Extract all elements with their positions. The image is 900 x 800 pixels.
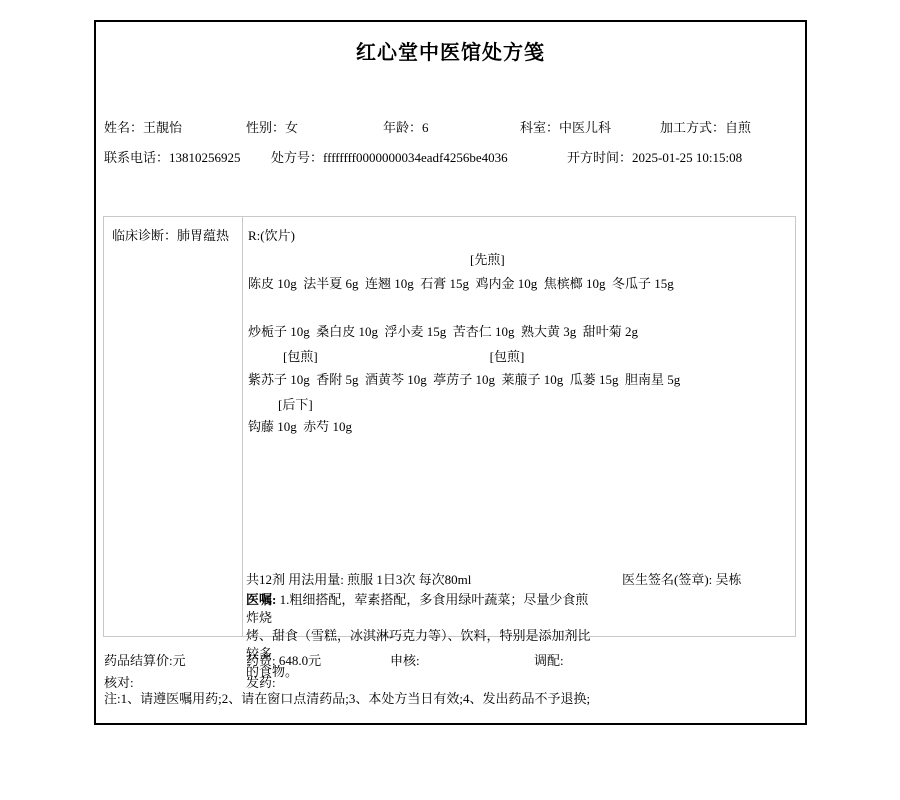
medicine-fee-value: 648.0元: [279, 653, 321, 668]
gender-label: 性别：: [246, 120, 285, 135]
rx-header: R:(饮片): [248, 228, 791, 244]
compounding-field: 调配:: [534, 653, 564, 669]
prescription-number-label: 处方号：: [271, 150, 323, 165]
processing-method-value: 自煎: [725, 120, 751, 135]
prescription-number-field: 处方号：ffffffff0000000034eadf4256be4036: [271, 150, 508, 166]
check-label: 核对:: [104, 675, 134, 690]
prescription-time-value: 2025-01-25 10:15:08: [632, 150, 742, 165]
tag-xianjian: [先煎]: [470, 252, 505, 268]
check-field: 核对:: [104, 675, 134, 691]
clinical-diagnosis-field: 临床诊断：肺胃蕴热: [112, 228, 229, 244]
medical-advice-label: 医嘱:: [246, 592, 276, 607]
age-value: 6: [422, 120, 429, 135]
doctor-signature: 医生签名(签章): 吴栋: [622, 572, 742, 588]
tag-houxia: [后下]: [278, 397, 313, 413]
medicine-fee-field: 药费: 648.0元: [246, 653, 321, 669]
department-value: 中医儿科: [559, 120, 611, 135]
prescription-form-border: 红心堂中医馆处方笺 姓名：王靚怡 性别：女 年龄：6 科室：中医儿科 加工方式：…: [94, 20, 807, 725]
processing-method-label: 加工方式：: [660, 120, 725, 135]
patient-name-value: 王靚怡: [143, 120, 182, 135]
medication-row-3: 紫苏子 10g 香附 5g 酒黄芩 10g 葶苈子 10g 莱菔子 10g 瓜蒌…: [248, 372, 791, 388]
patient-name-label: 姓名：: [104, 120, 143, 135]
page-title: 红心堂中医馆处方笺: [96, 36, 805, 65]
compounding-label: 调配:: [534, 653, 564, 668]
dosage-usage-line: 共12剂 用法用量: 煎服 1日3次 每次80ml: [246, 572, 471, 588]
review-label: 申核:: [390, 653, 420, 668]
phone-label: 联系电话：: [104, 150, 169, 165]
tag-baojian-2: [包煎]: [490, 349, 525, 365]
gender-field: 性别：女: [246, 120, 298, 136]
medication-row-2: 炒栀子 10g 桑白皮 10g 浮小麦 15g 苦杏仁 10g 熟大黄 3g 甜…: [248, 324, 791, 340]
decoction-tag-line-2: [包煎][包煎]: [248, 349, 791, 365]
phone-value: 13810256925: [169, 150, 241, 165]
review-field: 申核:: [390, 653, 420, 669]
processing-method-field: 加工方式：自煎: [660, 120, 751, 136]
prescription-body-box: 临床诊断：肺胃蕴热 R:(饮片) [先煎] 陈皮 10g 法半夏 6g 连翘 1…: [103, 216, 796, 637]
phone-field: 联系电话：13810256925: [104, 150, 241, 166]
medical-advice-line-1: 1.粗细搭配，荤素搭配，多食用绿叶蔬菜；尽量少食煎炸烧: [246, 592, 588, 625]
settlement-price-value: 元: [173, 653, 186, 668]
clinical-diagnosis-value: 肺胃蕴热: [177, 228, 229, 243]
settlement-price-label: 药品结算价:: [104, 653, 173, 668]
settlement-price-field: 药品结算价:元: [104, 653, 186, 669]
department-field: 科室：中医儿科: [520, 120, 611, 136]
medication-column: R:(饮片) [先煎] 陈皮 10g 法半夏 6g 连翘 10g 石膏 15g …: [242, 217, 795, 636]
department-label: 科室：: [520, 120, 559, 135]
prescription-time-label: 开方时间：: [567, 150, 632, 165]
medicine-fee-label: 药费:: [246, 653, 279, 668]
decoction-tag-line-3: [后下]: [248, 397, 791, 413]
clinical-diagnosis-label: 临床诊断：: [112, 228, 177, 243]
gender-value: 女: [285, 120, 298, 135]
dispensing-label: 发药:: [246, 675, 276, 690]
age-label: 年龄：: [383, 120, 422, 135]
prescription-number-value: ffffffff0000000034eadf4256be4036: [323, 150, 508, 165]
tag-baojian-1: [包煎]: [283, 349, 318, 365]
decoction-tag-line-1: [先煎]: [248, 252, 791, 268]
footer-note: 注:1、请遵医嘱用药;2、请在窗口点清药品;3、本处方当日有效;4、发出药品不予…: [104, 691, 590, 707]
age-field: 年龄：6: [383, 120, 429, 136]
prescription-page: 红心堂中医馆处方笺 姓名：王靚怡 性别：女 年龄：6 科室：中医儿科 加工方式：…: [0, 0, 900, 800]
medication-row-4: 钩藤 10g 赤芍 10g: [248, 419, 791, 435]
patient-name-field: 姓名：王靚怡: [104, 120, 182, 136]
medication-row-1: 陈皮 10g 法半夏 6g 连翘 10g 石膏 15g 鸡内金 10g 焦槟榔 …: [248, 276, 791, 292]
prescription-time-field: 开方时间：2025-01-25 10:15:08: [567, 150, 742, 166]
dispensing-field: 发药:: [246, 675, 276, 691]
